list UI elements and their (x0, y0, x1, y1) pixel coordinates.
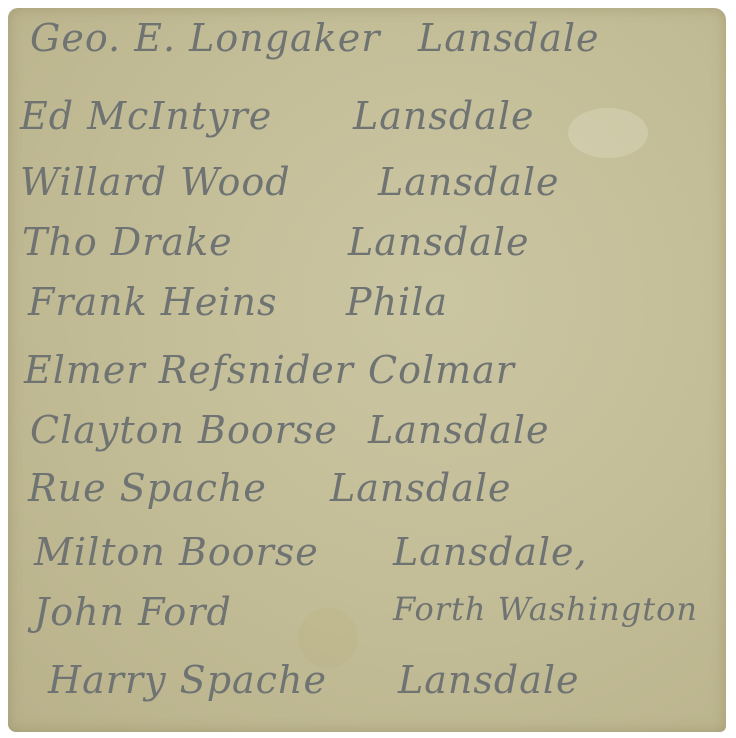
entry-row: Elmer Refsnider Colmar (8, 348, 726, 408)
entry-name: Willard Wood (20, 160, 291, 204)
entry-name: John Ford (34, 590, 232, 634)
entry-place: Lansdale (378, 160, 560, 204)
entry-name: Milton Boorse (34, 530, 319, 574)
entry-place: Lansdale (353, 94, 535, 138)
entry-place: Lansdale (368, 408, 550, 452)
entry-name: Elmer Refsnider (24, 348, 354, 392)
entry-row: Clayton Boorse Lansdale (8, 408, 726, 468)
entry-place: Lansdale (348, 220, 530, 264)
entry-name: Clayton Boorse (30, 408, 338, 452)
entry-name: Ed McIntyre (20, 94, 272, 138)
entry-row: Willard Wood Lansdale (8, 160, 726, 220)
entry-name: Tho Drake (22, 220, 233, 264)
entry-place: Phila (346, 280, 448, 324)
handwritten-card: Geo. E. Longaker Lansdale Ed McIntyre La… (8, 8, 726, 732)
entry-row: Geo. E. Longaker Lansdale (8, 16, 726, 76)
entry-place: Lansdale (418, 16, 600, 60)
entry-row: Rue Spache Lansdale (8, 466, 726, 526)
entry-name: Frank Heins (28, 280, 278, 324)
entry-row: Harry Spache Lansdale (8, 658, 726, 718)
entry-row: Frank Heins Phila (8, 280, 726, 340)
entry-place: Lansdale, (393, 530, 588, 574)
entry-row: John Ford Forth Washington (8, 590, 726, 650)
entry-place: Colmar (368, 348, 515, 392)
entry-name: Rue Spache (28, 466, 267, 510)
entry-name: Geo. E. Longaker (30, 16, 380, 60)
entry-name: Harry Spache (48, 658, 327, 702)
entry-place: Lansdale (330, 466, 512, 510)
entry-place: Forth Washington (393, 590, 698, 628)
entry-row: Tho Drake Lansdale (8, 220, 726, 280)
entry-row: Milton Boorse Lansdale, (8, 530, 726, 590)
entry-place: Lansdale (398, 658, 580, 702)
entry-row: Ed McIntyre Lansdale (8, 94, 726, 154)
